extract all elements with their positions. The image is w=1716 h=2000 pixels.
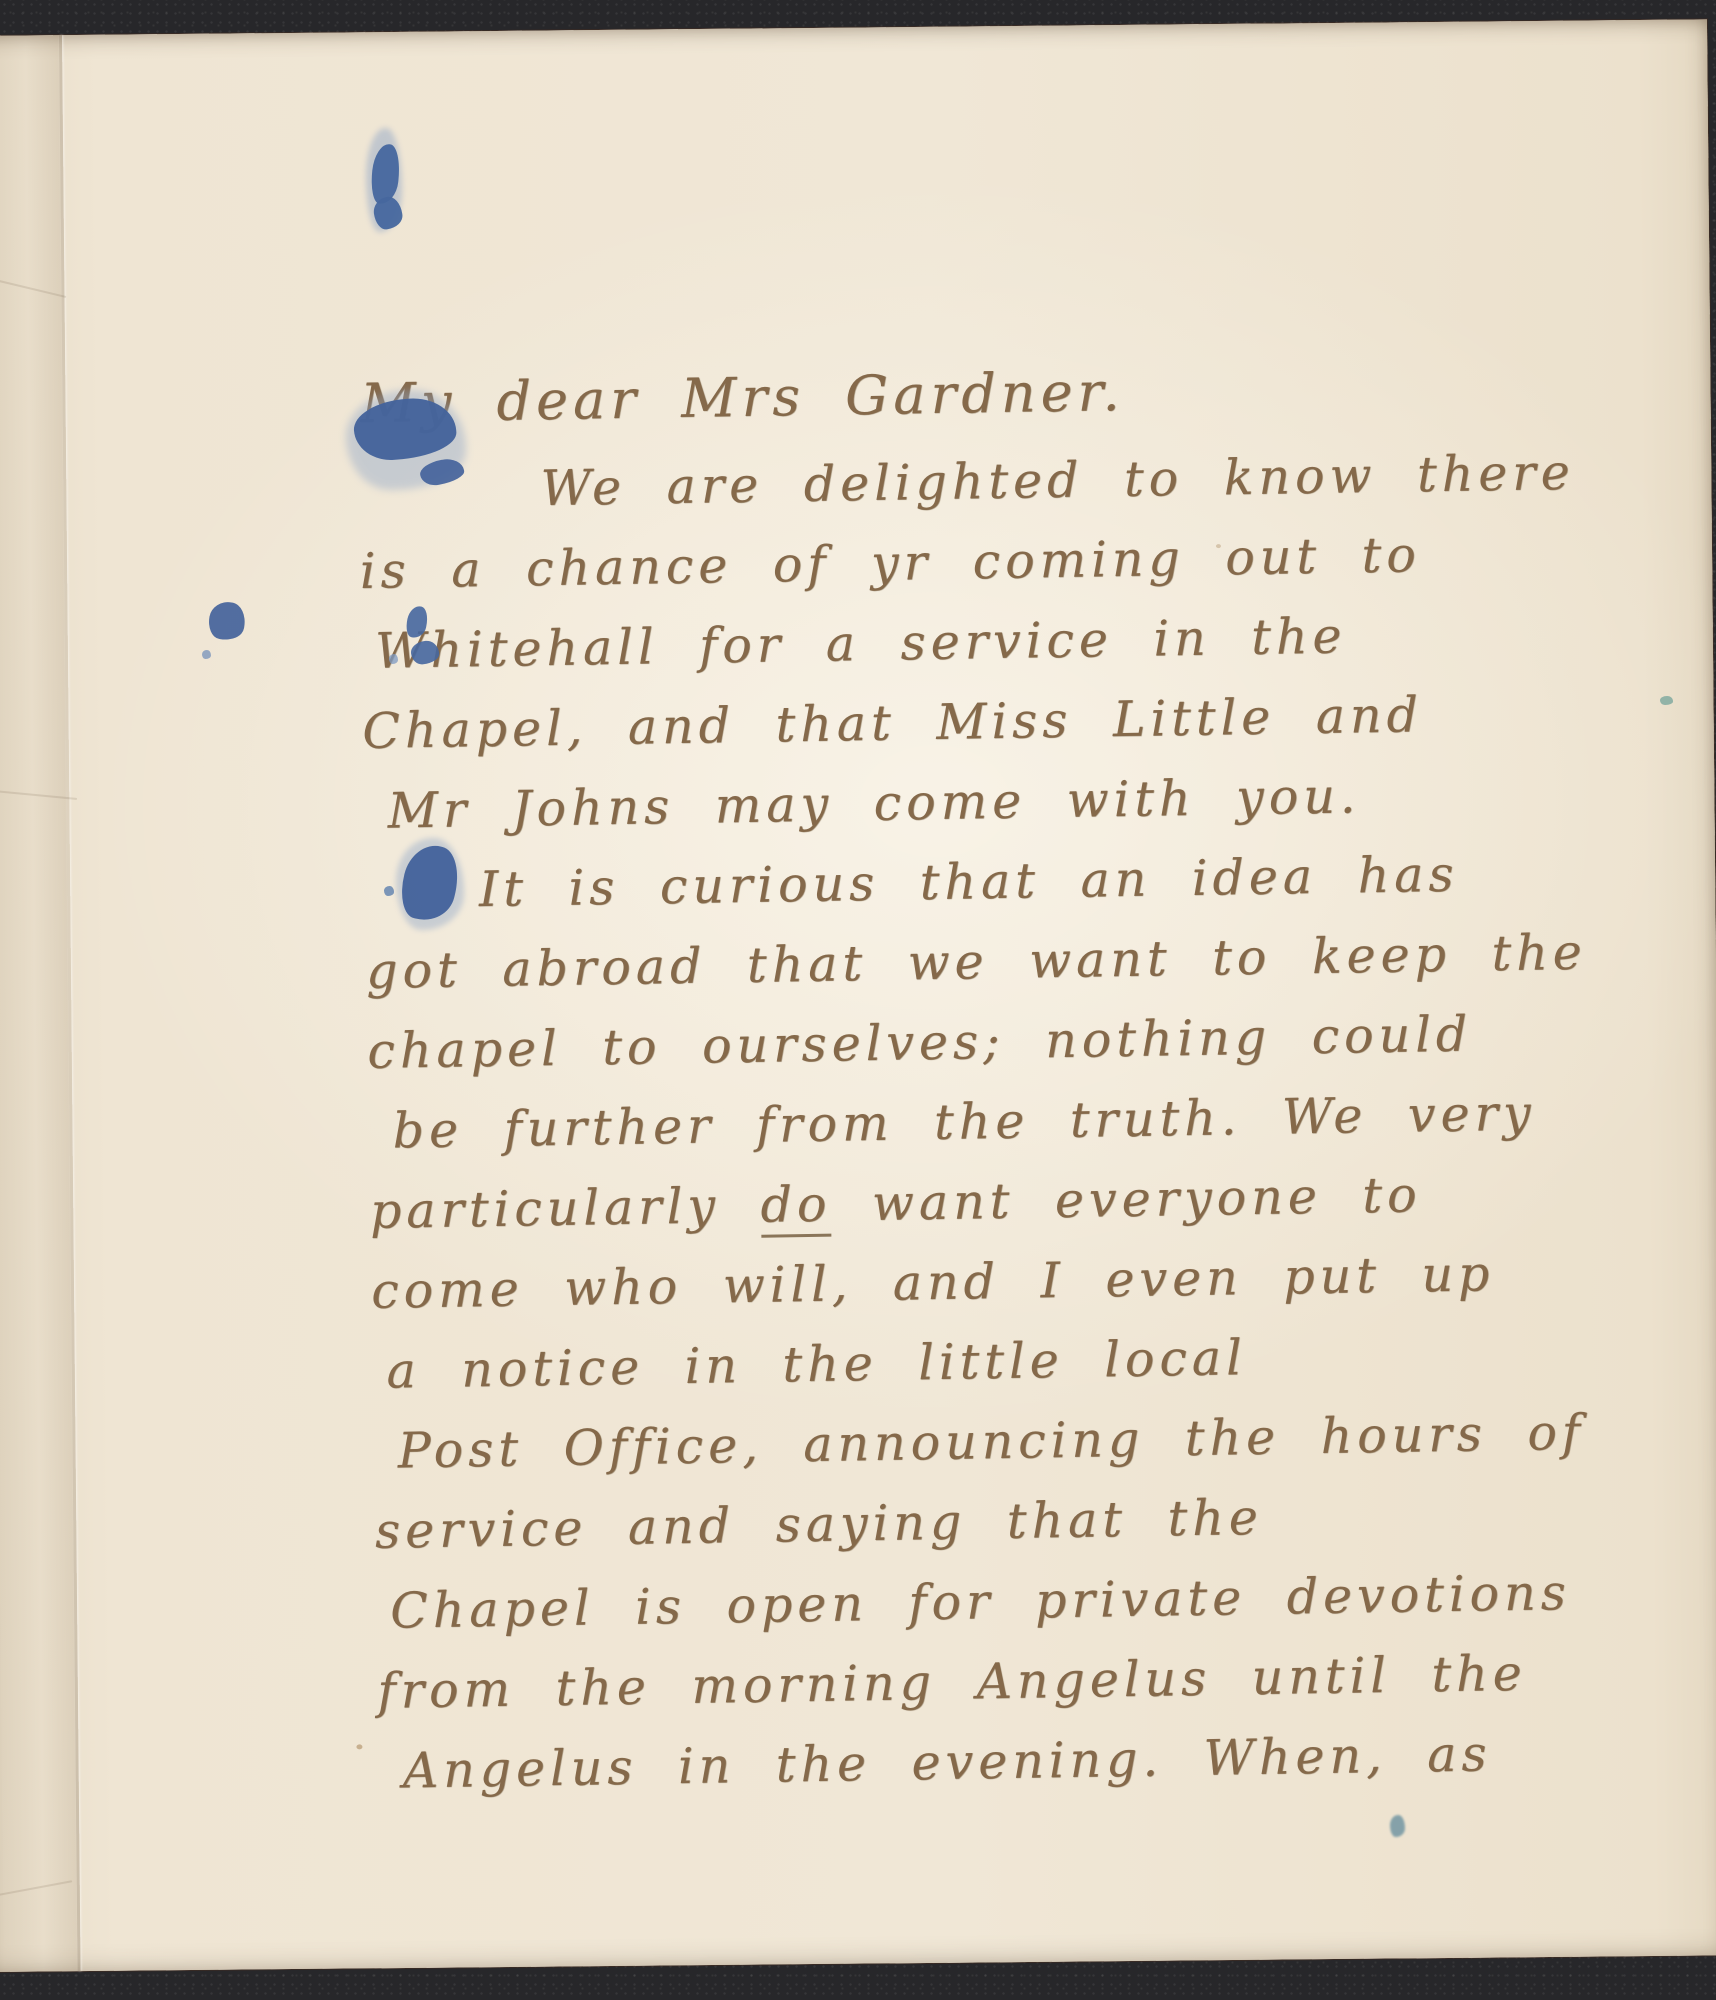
right-edge-speck xyxy=(1660,696,1673,705)
margin-speck xyxy=(202,650,211,659)
folded-leaf-edge xyxy=(0,35,78,1972)
paragraph-dot xyxy=(384,886,394,896)
bottom-speck xyxy=(1390,1815,1405,1837)
letter-body: We are delighted to know thereis a chanc… xyxy=(358,433,1600,1812)
photo-background: My dear Mrs Gardner. We are delighted to… xyxy=(0,0,1716,2000)
underlined-word: do xyxy=(760,1176,832,1238)
paper-fleck xyxy=(356,1744,362,1749)
whitehall-speck-3 xyxy=(389,654,398,664)
salutation-line: My dear Mrs Gardner. xyxy=(360,360,1125,435)
